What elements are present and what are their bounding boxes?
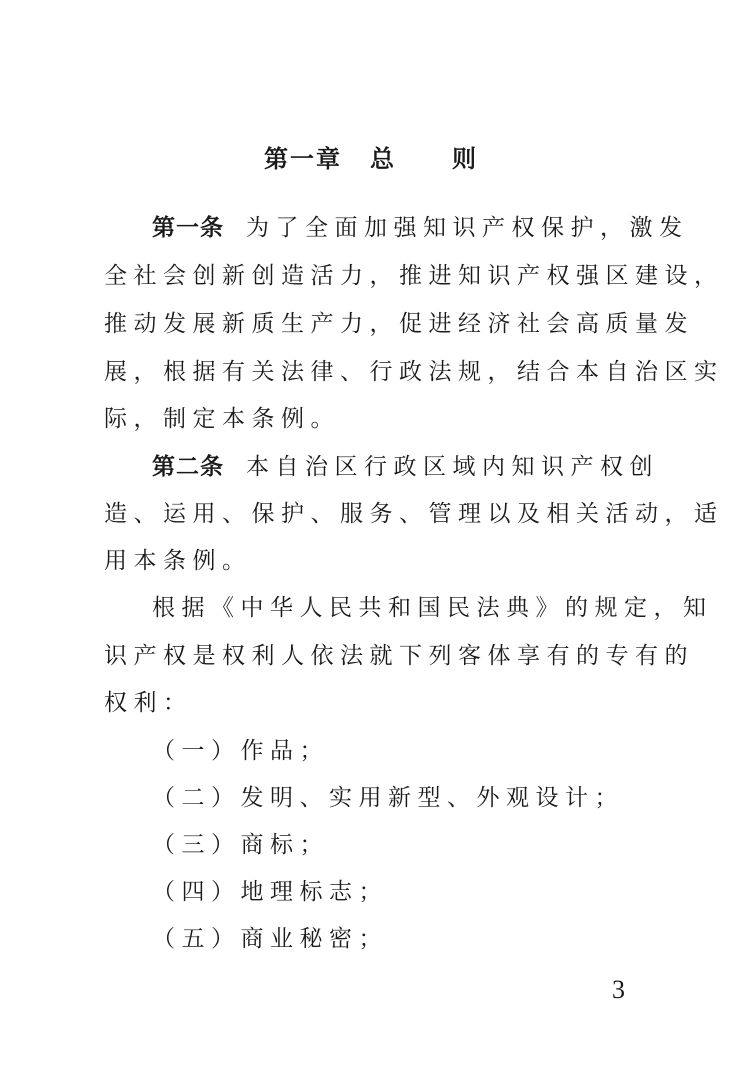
chapter-label: 第一章	[264, 145, 342, 173]
article-2-para2-line-3: 权利：	[104, 687, 644, 719]
article-1-line-1: 第一条为了全面加强知识产权保护，激发	[152, 212, 692, 244]
article-1-label: 第一条	[152, 215, 224, 241]
article-2-line-2: 造、运用、保护、服务、管理以及相关活动，适	[104, 498, 644, 530]
article-1-text-1: 为了全面加强知识产权保护，激发	[246, 215, 689, 241]
chapter-title-part1: 总	[370, 145, 396, 173]
article-1-line-3: 推动发展新质生产力，促进经济社会高质量发	[104, 308, 644, 340]
chapter-heading: 第一章总则	[0, 143, 742, 175]
chapter-title-part2: 则	[452, 145, 478, 173]
article-2-line-3: 用本条例。	[104, 545, 644, 577]
article-1-line-4: 展，根据有关法律、行政法规，结合本自治区实	[104, 356, 644, 388]
list-item-5: （五）商业秘密；	[152, 923, 692, 955]
article-2-para2-line-1: 根据《中华人民共和国民法典》的规定，知	[152, 592, 692, 624]
list-item-3: （三）商标；	[152, 829, 692, 861]
list-item-1: （一）作品；	[152, 735, 692, 767]
list-item-2: （二）发明、实用新型、外观设计；	[152, 782, 692, 814]
page-number: 3	[612, 975, 625, 1005]
document-page: 第一章总则 第一条为了全面加强知识产权保护，激发 全社会创新创造活力，推进知识产…	[0, 0, 742, 1074]
article-1-line-5: 际，制定本条例。	[104, 403, 644, 435]
article-1-line-2: 全社会创新创造活力，推进知识产权强区建设，	[104, 260, 644, 292]
article-2-line-1: 第二条本自治区行政区域内知识产权创	[152, 451, 692, 483]
article-2-label: 第二条	[152, 454, 224, 480]
list-item-4: （四）地理标志；	[152, 876, 692, 908]
article-2-para2-line-2: 识产权是权利人依法就下列客体享有的专有的	[104, 640, 644, 672]
article-2-text-1: 本自治区行政区域内知识产权创	[246, 454, 659, 480]
